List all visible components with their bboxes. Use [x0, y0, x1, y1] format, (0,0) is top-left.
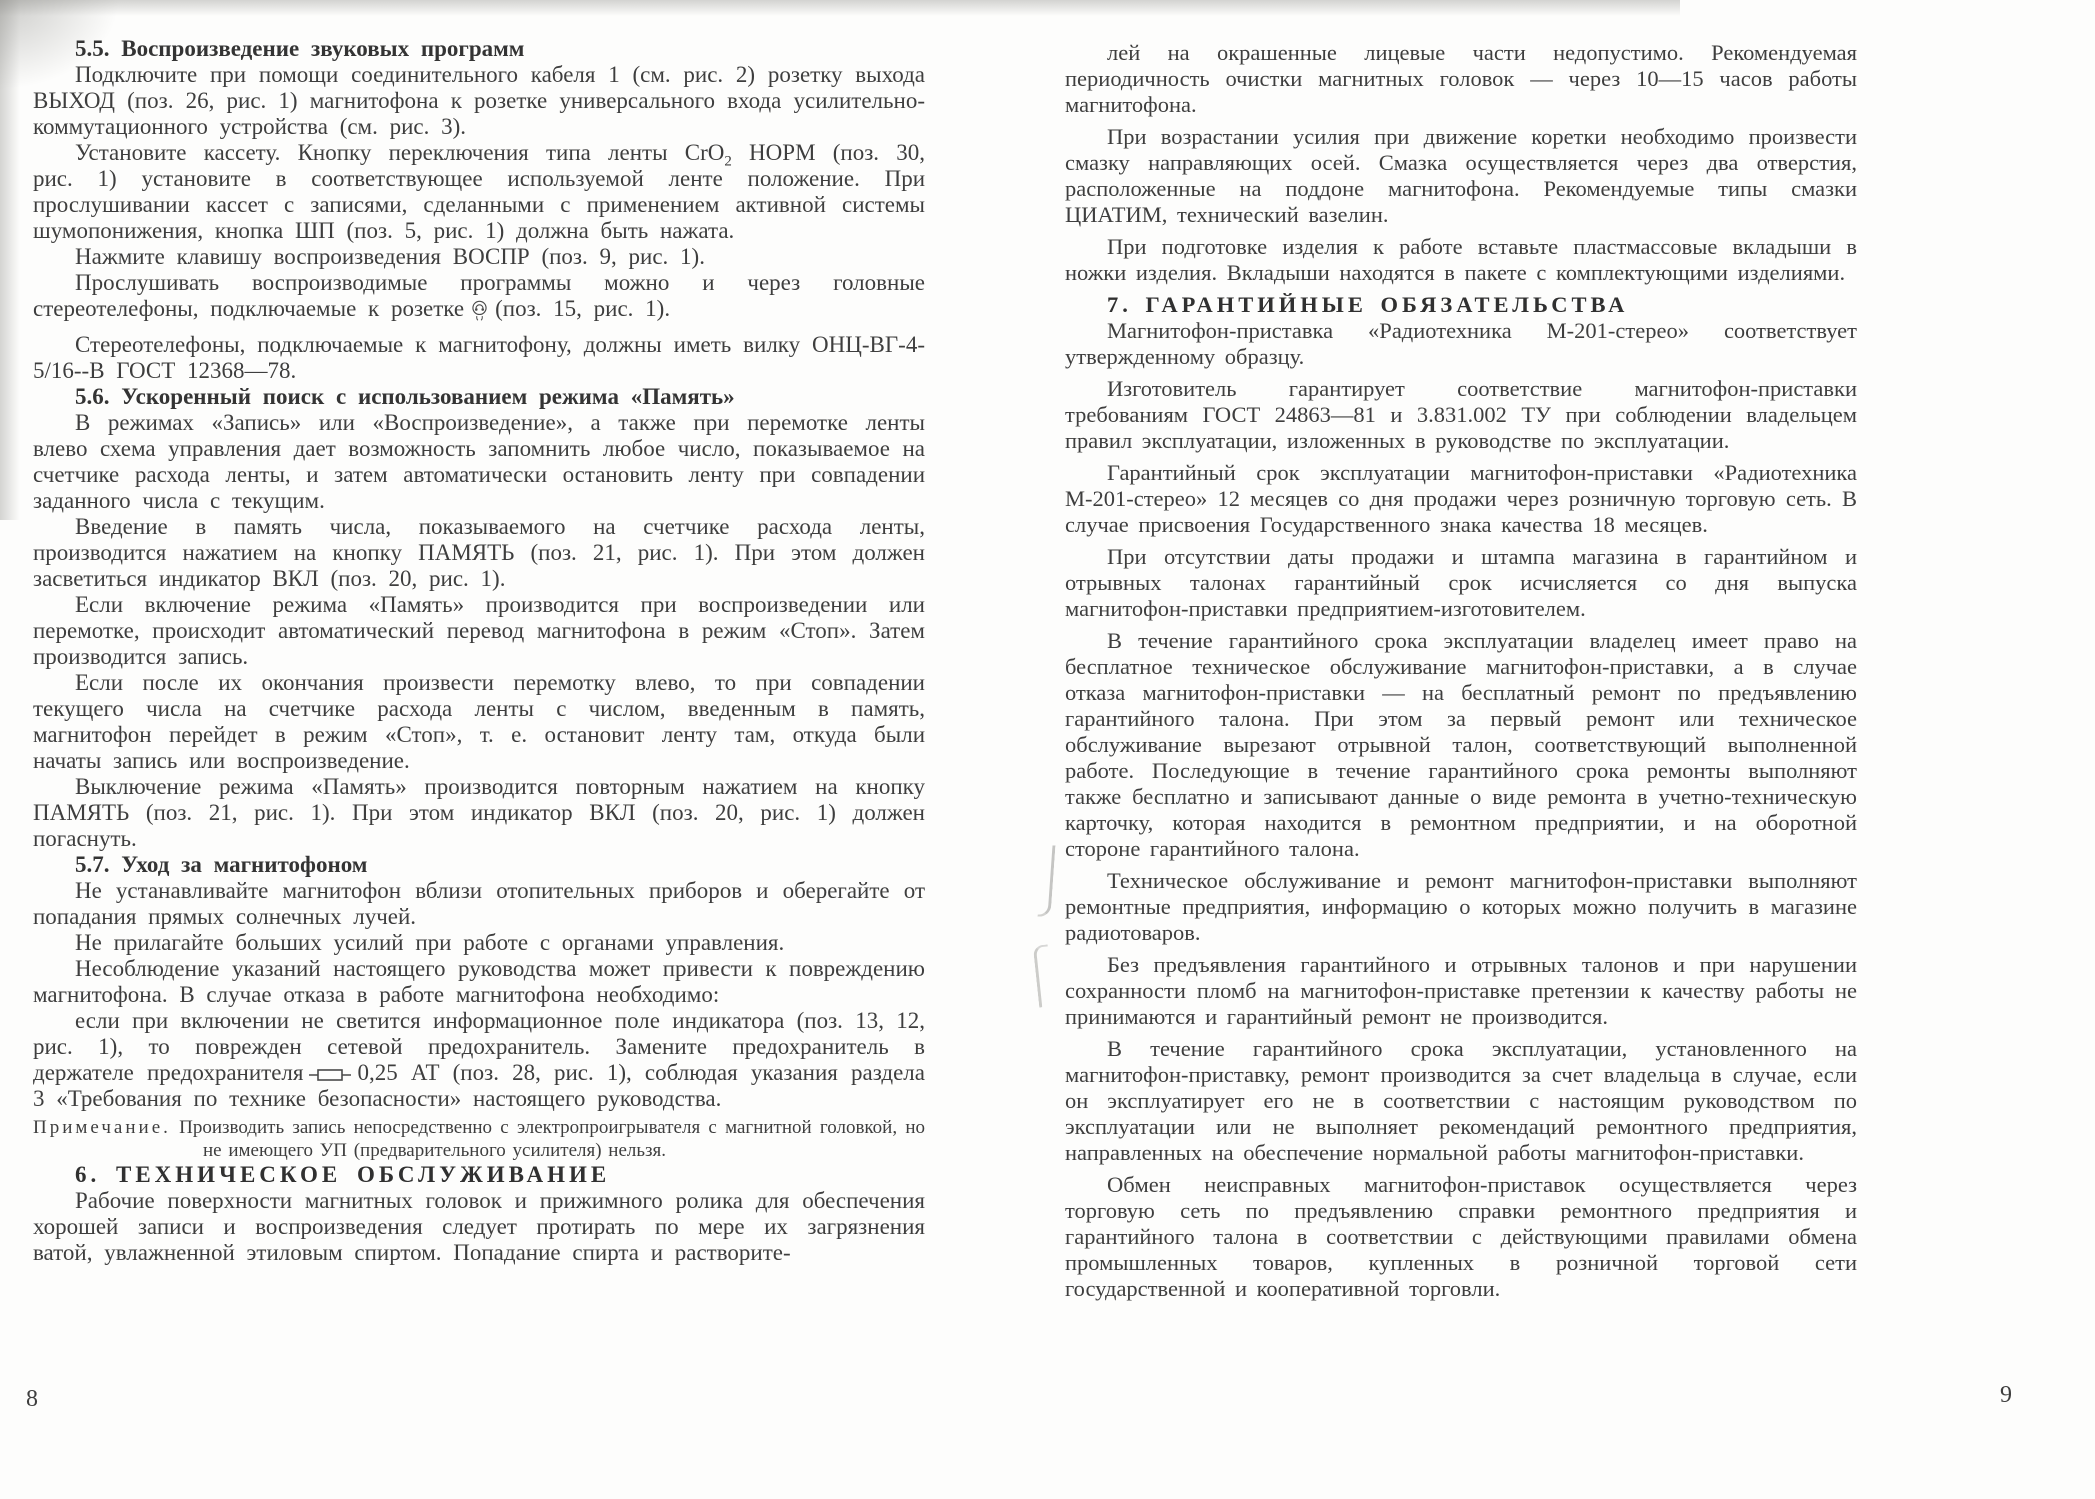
scan-shade-top — [0, 0, 1680, 16]
right-page: лей на окрашенные лицевые части недопуст… — [1065, 40, 1857, 1308]
paragraph-care-damage: Несоблюдение указаний настоящего руковод… — [33, 956, 925, 1008]
paragraph-maintenance-heads: Рабочие поверхности магнитных головок и … — [33, 1188, 925, 1266]
scan-artifact — [1038, 845, 1056, 918]
paragraph-exchange: Обмен неисправных магнитофон-приставок о… — [1065, 1172, 1857, 1302]
page-number-right: 9 — [2000, 1382, 2012, 1409]
paragraph-memory-mode-switch: Если включение режима «Память» производи… — [33, 592, 925, 670]
heading-5-6-memory-search: 5.6. Ускоренный поиск с использованием р… — [33, 384, 925, 410]
paragraph-headphones: Прослушивать воспроизводимые программы м… — [33, 270, 925, 322]
heading-6-maintenance: 6. ТЕХНИЧЕСКОЕ ОБСЛУЖИВАНИЕ — [33, 1162, 925, 1188]
left-page: 5.5. Воспроизведение звуковых программ П… — [33, 36, 925, 1266]
text-run: (поз. 15, рис. 1). — [495, 296, 670, 321]
text-run: Установите кассету. Кнопку переключения … — [75, 140, 724, 165]
heading-5-5-playback: 5.5. Воспроизведение звуковых программ — [33, 36, 925, 62]
paragraph-conformity: Магнитофон-приставка «Радиотехника М-201… — [1065, 318, 1857, 370]
paragraph-install-cassette: Установите кассету. Кнопку переключения … — [33, 140, 925, 244]
paragraph-memory-rewind: Если после их окончания произвести перем… — [33, 670, 925, 774]
note-paragraph: Примечание. Производить запись непосредс… — [33, 1116, 925, 1162]
heading-7-warranty: 7. ГАРАНТИЙНЫЕ ОБЯЗАТЕЛЬСТВА — [1065, 292, 1857, 318]
paragraph-inserts: При подготовке изделия к работе вставьте… — [1065, 234, 1857, 286]
note-label: Примечание. — [33, 1117, 171, 1138]
paragraph-free-service: В течение гарантийного срока эксплуатаци… — [1065, 628, 1857, 862]
paragraph-memory-enter: Введение в память числа, показываемого н… — [33, 514, 925, 592]
paragraph-connect-cable: Подключите при помощи соединительного ка… — [33, 62, 925, 140]
scan-shade-left — [0, 0, 20, 520]
paragraph-no-coupons: Без предъявления гарантийного и отрывных… — [1065, 952, 1857, 1030]
manual-scan-page: { "colors": { "paper": "#fdfdfc", "ink":… — [0, 0, 2095, 1499]
paragraph-manufacturer-warranty: Изготовитель гарантирует соответствие ма… — [1065, 376, 1857, 454]
paragraph-care-force: Не прилагайте больших усилий при работе … — [33, 930, 925, 956]
paragraph-fuse-replace: если при включении не светится информаци… — [33, 1008, 925, 1112]
scan-artifact — [1033, 944, 1054, 1007]
heading-5-7-care: 5.7. Уход за магнитофоном — [33, 852, 925, 878]
paragraph-warranty-period: Гарантийный срок эксплуатации магнитофон… — [1065, 460, 1857, 538]
paragraph-service-info: Техническое обслуживание и ремонт магнит… — [1065, 868, 1857, 946]
page-number-left: 8 — [26, 1386, 38, 1413]
paragraph-maintenance-cleaning: лей на окрашенные лицевые части недопуст… — [1065, 40, 1857, 118]
headphones-icon — [471, 300, 488, 322]
paragraph-press-play: Нажмите клавишу воспроизведения ВОСПР (п… — [33, 244, 925, 270]
paragraph-memory-intro: В режимах «Запись» или «Воспроизведение»… — [33, 410, 925, 514]
fuse-icon — [309, 1068, 351, 1082]
paragraph-owner-cost-repair: В течение гарантийного срока эксплуатаци… — [1065, 1036, 1857, 1166]
paragraph-memory-off: Выключение режима «Память» производится … — [33, 774, 925, 852]
paragraph-no-sale-date: При отсутствии даты продажи и штампа маг… — [1065, 544, 1857, 622]
paragraph-lubrication: При возрастании усилия при движение коре… — [1065, 124, 1857, 228]
paragraph-care-heat: Не устанавливайте магнитофон вблизи отоп… — [33, 878, 925, 930]
note-text: Производить запись непосредственно с эле… — [171, 1117, 925, 1161]
paragraph-headphone-plug: Стереотелефоны, подключаемые к магнитофо… — [33, 332, 925, 384]
